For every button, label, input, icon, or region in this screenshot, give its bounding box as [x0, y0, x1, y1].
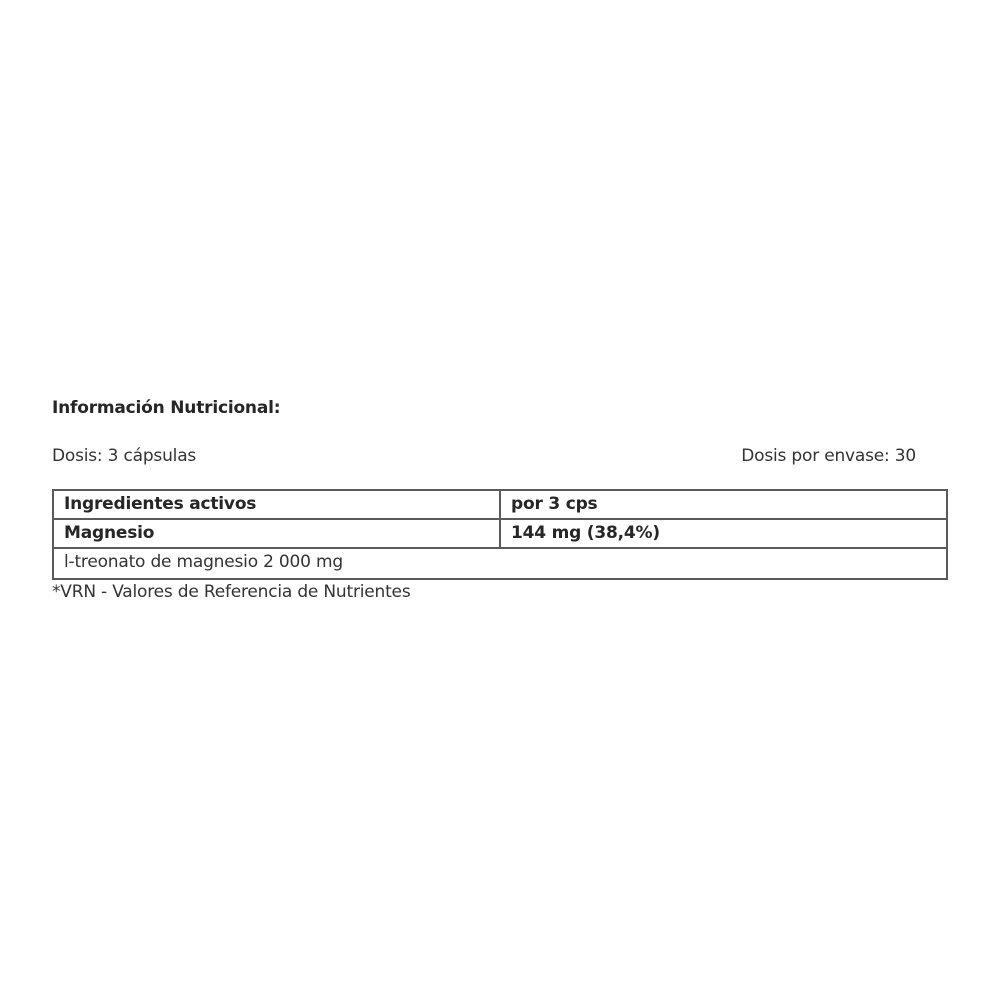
serving-size: Dosis: 3 cápsulas: [52, 446, 196, 466]
header-ingredients: Ingredientes activos: [54, 491, 501, 518]
footnote: *VRN - Valores de Referencia de Nutrient…: [52, 582, 410, 602]
ingredient-name: Magnesio: [54, 520, 501, 547]
table-header-row: Ingredientes activos por 3 cps: [54, 491, 946, 520]
servings-per-container: Dosis por envase: 30: [741, 446, 916, 466]
ingredient-source-note: l-treonato de magnesio 2 000 mg: [54, 549, 946, 578]
table-row: Magnesio 144 mg (38,4%): [54, 520, 946, 549]
header-per-serving: por 3 cps: [501, 491, 946, 518]
table-note-row: l-treonato de magnesio 2 000 mg: [54, 549, 946, 578]
nutrition-table: Ingredientes activos por 3 cps Magnesio …: [52, 489, 948, 580]
section-title: Información Nutricional:: [52, 398, 280, 418]
ingredient-amount: 144 mg (38,4%): [501, 520, 946, 547]
